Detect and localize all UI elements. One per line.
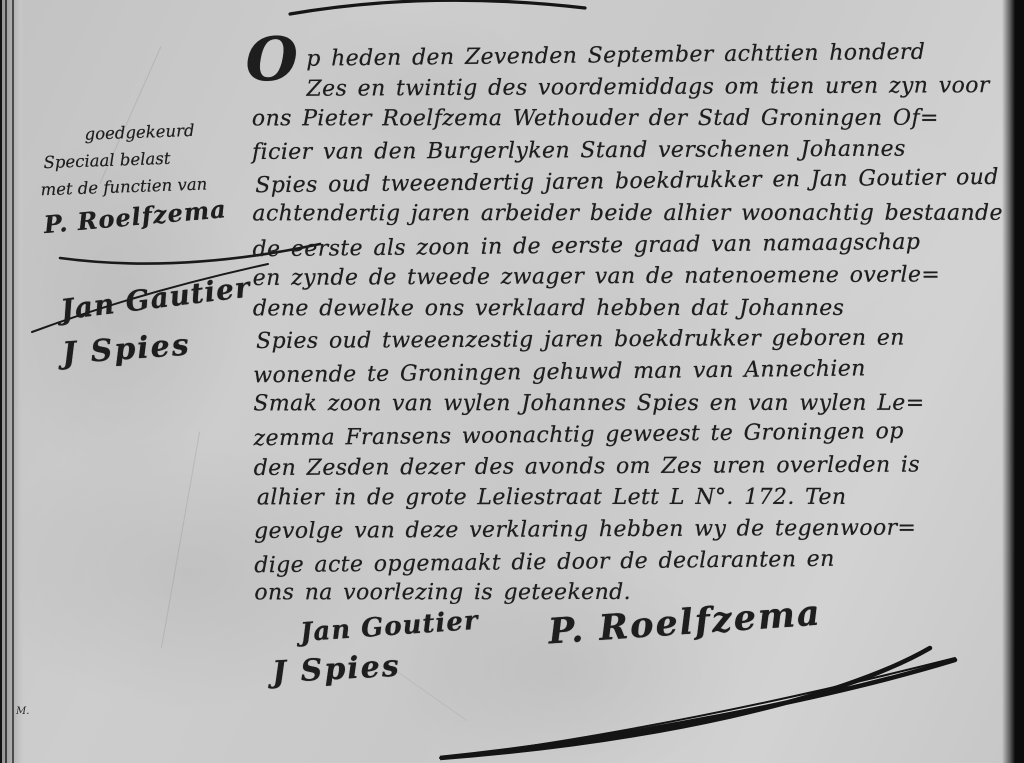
margin-approval-note: goedgekeurd Speciaal belast met de funct… xyxy=(56,114,270,231)
body-line: dige acte opgemaakt die door de declaran… xyxy=(254,541,1014,581)
bottom-signature-jan-goutier: Jan Goutier xyxy=(299,606,479,648)
body-line: achtendertig jaren arbeider beide alhier… xyxy=(252,198,1012,230)
body-line: den Zesden dezer des avonds om Zes uren … xyxy=(254,449,1014,485)
paper-scratch xyxy=(161,432,200,649)
margin-signature-j-spies: J Spies xyxy=(61,328,192,372)
body-line: wonende te Groningen gehuwd man van Anne… xyxy=(253,352,1013,392)
document-scan-page: M. goedgekeurd Speciaal belast met de fu… xyxy=(0,0,1024,763)
body-line: dene dewelke ons verklaard hebben dat Jo… xyxy=(253,292,1013,324)
body-line: Zes en twintig des voordemiddags om tien… xyxy=(252,70,1012,106)
body-line: Smak zoon van wylen Johannes Spies en va… xyxy=(253,387,1013,419)
bottom-signature-j-spies: J Spies xyxy=(271,649,401,691)
body-line: alhier in de grote Leliestraat Lett L N°… xyxy=(257,482,1014,514)
record-body: Op heden den Zevenden September achttien… xyxy=(252,38,1015,611)
paper-scratch xyxy=(393,669,467,721)
body-line: ons Pieter Roelfzema Wethouder der Stad … xyxy=(252,103,1012,135)
top-stroke-remnant-icon xyxy=(280,0,600,24)
edge-mark: M. xyxy=(16,706,29,717)
margin-signature-jan-gautier: Jan Gautier xyxy=(59,270,253,326)
body-line: ons na voorlezing is geteekend. xyxy=(254,577,1014,609)
binding-edge-left xyxy=(0,0,24,763)
body-line: Spies oud tweeendertig jaren boekdrukker… xyxy=(255,162,1012,202)
